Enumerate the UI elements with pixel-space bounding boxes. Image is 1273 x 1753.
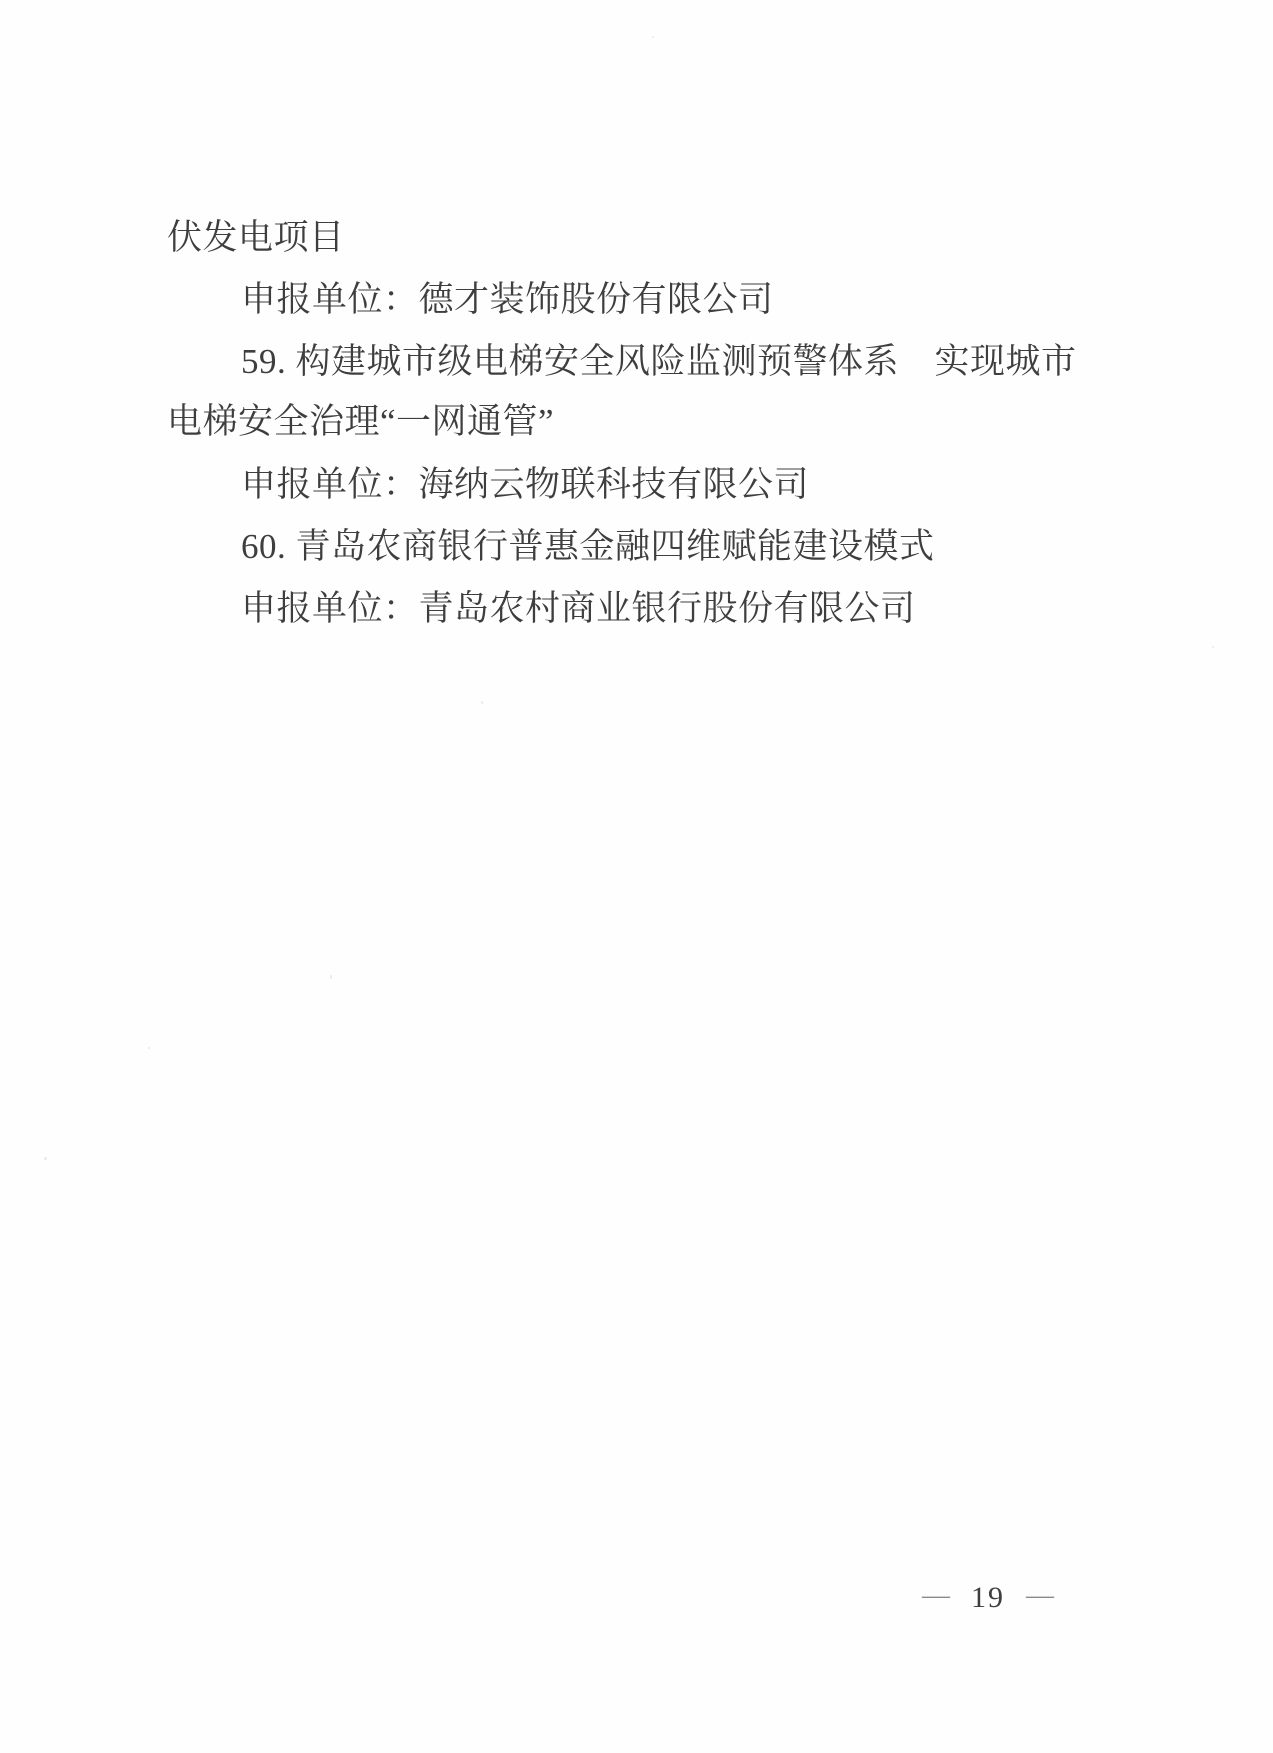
text-line-5: 申报单位：海纳云物联科技有限公司	[241, 465, 809, 505]
page-number-left-dash: —	[922, 1581, 950, 1611]
text-line-4: 电梯安全治理“一网通管”	[167, 402, 554, 442]
scan-speck-6	[330, 975, 332, 979]
scanned-document-page: 伏发电项目 申报单位：德才装饰股份有限公司 59. 构建城市级电梯安全风险监测预…	[0, 0, 1273, 1753]
scan-speck-1	[652, 36, 654, 38]
page-number-value: 19	[971, 1583, 1005, 1613]
scan-speck-4	[148, 1047, 150, 1049]
text-line-7: 申报单位：青岛农村商业银行股份有限公司	[241, 589, 916, 629]
text-line-3: 59. 构建城市级电梯安全风险监测预警体系 实现城市	[241, 342, 1077, 382]
scan-speck-3	[44, 1157, 47, 1160]
text-line-1: 伏发电项目	[167, 218, 345, 258]
page-number: — 19 —	[922, 1583, 1054, 1613]
text-line-2: 申报单位：德才装饰股份有限公司	[241, 280, 774, 320]
scan-speck-5	[1212, 646, 1214, 648]
page-number-right-dash: —	[1026, 1581, 1054, 1611]
scan-speck-2	[481, 701, 483, 704]
text-line-6: 60. 青岛农商银行普惠金融四维赋能建设模式	[241, 527, 935, 567]
